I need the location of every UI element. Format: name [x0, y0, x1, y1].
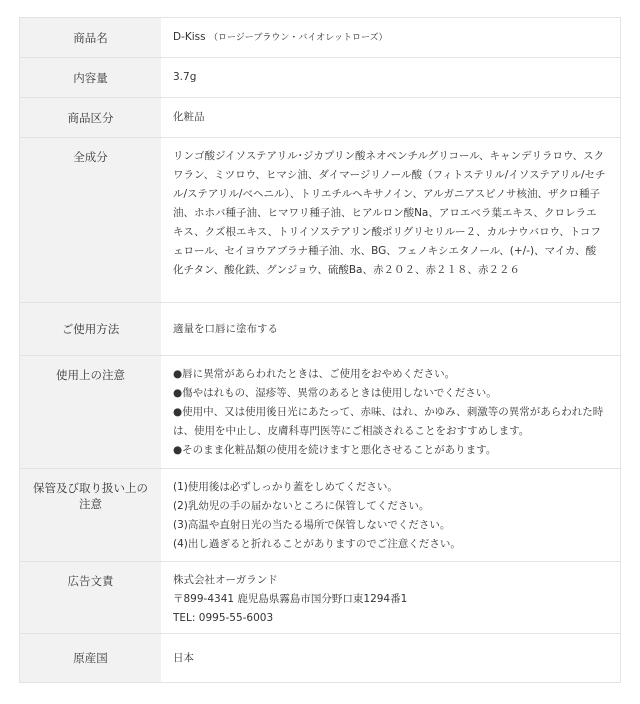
storage-item: (1)使用後は必ずしっかり蓋をしめてください。 — [173, 478, 606, 497]
company-name: 株式会社オーガランド — [173, 571, 606, 590]
row-origin: 原産国 日本 — [20, 633, 620, 682]
label-advertiser: 広告文責 — [20, 562, 161, 633]
precaution-item: ●そのまま化粧品類の使用を続けますと悪化させることがあります。 — [173, 441, 606, 460]
row-usage: ご使用方法 適量を口唇に塗布する — [20, 302, 620, 355]
value-advertiser: 株式会社オーガランド 〒899-4341 鹿児島県霧島市国分野口東1294番1 … — [161, 562, 620, 633]
precaution-item: ●使用中、又は使用後日光にあたって、赤味、はれ、かゆみ、刺激等の異常があらわれた… — [173, 403, 606, 441]
precaution-item: ●傷やはれもの、湿疹等、異常のあるときは使用しないでください。 — [173, 384, 606, 403]
product-spec-table: 商品名 D-Kiss （ロージーブラウン・バイオレットローズ） 内容量 3.7g… — [19, 17, 621, 683]
row-ingredients: 全成分 リンゴ酸ジイソステアリル･ジカプリン酸ネオペンチルグリコール、キャンデリ… — [20, 137, 620, 302]
value-category: 化粧品 — [161, 98, 620, 137]
value-product-name: D-Kiss （ロージーブラウン・バイオレットローズ） — [161, 18, 620, 57]
label-product-name: 商品名 — [20, 18, 161, 57]
row-advertiser: 広告文責 株式会社オーガランド 〒899-4341 鹿児島県霧島市国分野口東12… — [20, 561, 620, 633]
label-usage: ご使用方法 — [20, 303, 161, 355]
product-name-variants: （ロージーブラウン・バイオレットローズ） — [209, 33, 388, 43]
storage-item: (3)高温や直射日光の当たる場所で保管しないでください。 — [173, 516, 606, 535]
storage-item: (2)乳幼児の手の届かないところに保管してください。 — [173, 497, 606, 516]
value-usage: 適量を口唇に塗布する — [161, 303, 620, 355]
label-origin: 原産国 — [20, 634, 161, 682]
label-category: 商品区分 — [20, 98, 161, 137]
value-precautions: ●唇に異常があらわれたときは、ご使用をおやめください。 ●傷やはれもの、湿疹等、… — [161, 356, 620, 468]
label-ingredients: 全成分 — [20, 138, 161, 302]
row-volume: 内容量 3.7g — [20, 57, 620, 97]
storage-item: (4)出し過ぎると折れることがありますのでご注意ください。 — [173, 535, 606, 554]
row-product-name: 商品名 D-Kiss （ロージーブラウン・バイオレットローズ） — [20, 18, 620, 57]
row-precautions: 使用上の注意 ●唇に異常があらわれたときは、ご使用をおやめください。 ●傷やはれ… — [20, 355, 620, 468]
ingredients-text: リンゴ酸ジイソステアリル･ジカプリン酸ネオペンチルグリコール、キャンデリラロウ、… — [173, 147, 606, 280]
row-category: 商品区分 化粧品 — [20, 97, 620, 137]
product-name-main: D-Kiss — [173, 31, 206, 43]
label-storage: 保管及び取り扱い上の注意 — [20, 469, 161, 561]
value-origin: 日本 — [161, 634, 620, 682]
value-ingredients: リンゴ酸ジイソステアリル･ジカプリン酸ネオペンチルグリコール、キャンデリラロウ、… — [161, 138, 620, 302]
label-volume: 内容量 — [20, 58, 161, 97]
value-volume: 3.7g — [161, 58, 620, 97]
label-precautions: 使用上の注意 — [20, 356, 161, 468]
precaution-item: ●唇に異常があらわれたときは、ご使用をおやめください。 — [173, 365, 606, 384]
company-phone: TEL: 0995-55-6003 — [173, 609, 606, 628]
value-storage: (1)使用後は必ずしっかり蓋をしめてください。 (2)乳幼児の手の届かないところ… — [161, 469, 620, 561]
row-storage: 保管及び取り扱い上の注意 (1)使用後は必ずしっかり蓋をしめてください。 (2)… — [20, 468, 620, 561]
company-address: 〒899-4341 鹿児島県霧島市国分野口東1294番1 — [173, 590, 606, 609]
